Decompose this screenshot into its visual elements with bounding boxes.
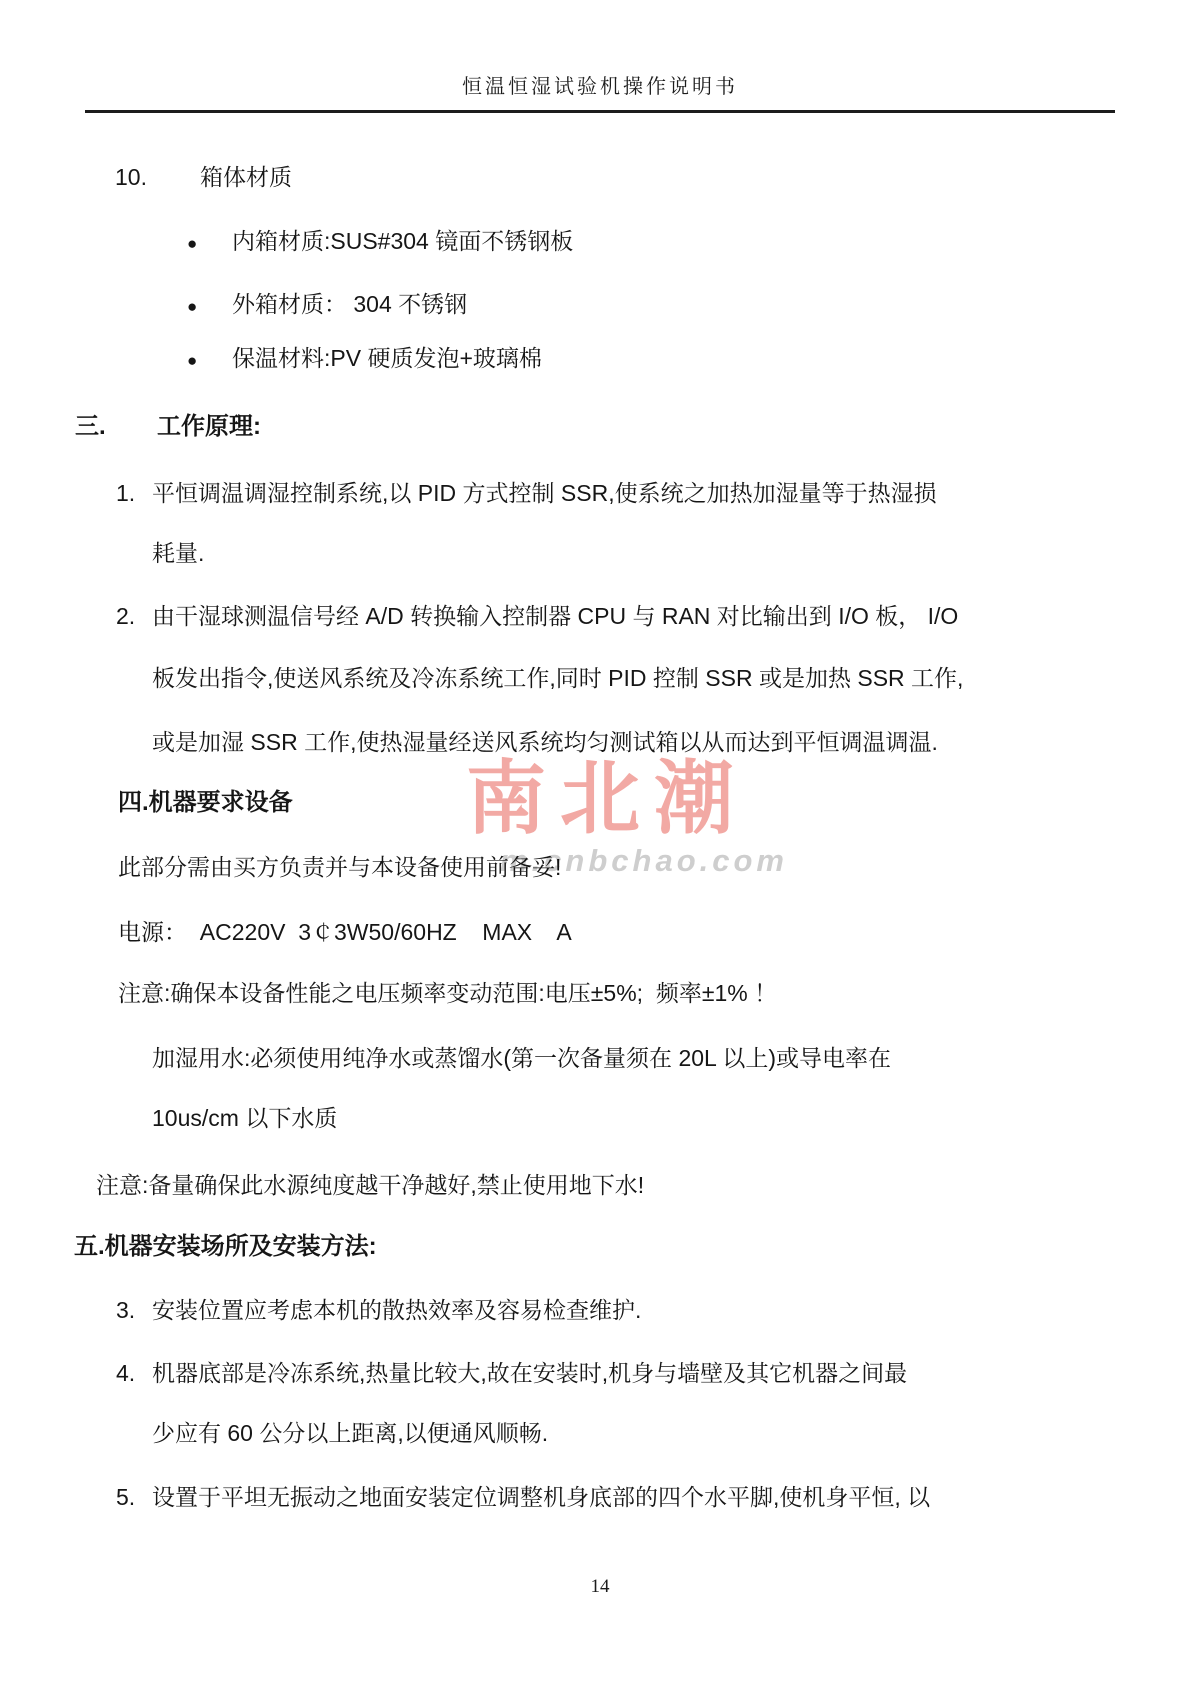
paragraph-5-line-1: 设置于平坦无振动之地面安装定位调整机身底部的四个水平脚,使机身平恒, 以 [152,1482,930,1512]
list-item-number: 1. [116,478,135,508]
list-item-number: 2. [116,601,135,631]
list-item-number: 5. [116,1482,135,1512]
document-page: 南北潮 m.cnbchao.com 恒温恒湿试验机操作说明书 10. 箱体材质 … [0,0,1200,1697]
notice-water-line: 注意:备量确保此水源纯度越干净越好,禁止使用地下水! [96,1170,644,1200]
bullet-outer-material: 外箱材质： 304 不锈钢 [232,289,467,319]
bullet-inner-material: 内箱材质:SUS#304 镜面不锈钢板 [232,226,573,256]
water-spec-line-1: 加湿用水:必须使用纯净水或蒸馏水(第一次备量须在 20L 以上)或导电率在 [152,1043,891,1073]
paragraph-1-line-1: 平恒调温调湿控制系统,以 PID 方式控制 SSR,使系统之加热加湿量等于热湿损 [152,478,937,508]
preparation-line: 此部分需由买方负责并与本设备使用前备妥! [118,852,561,882]
bullet-icon: ● [187,346,197,376]
paragraph-2-line-2: 板发出指令,使送风系统及冷冻系统工作,同时 PID 控制 SSR 或是加热 SS… [152,663,963,693]
paragraph-2-line-3: 或是加湿 SSR 工作,使热湿量经送风系统均匀测试箱以从而达到平恒调温调温. [152,727,938,757]
power-spec-line: 电源： AC220V 3￠3W50/60HZ MAX A [118,917,572,947]
paragraph-3-line-1: 安装位置应考虑本机的散热效率及容易检查维护. [152,1295,641,1325]
bullet-icon: ● [187,229,197,259]
item-10-title: 箱体材质 [200,162,292,192]
paragraph-4-line-2: 少应有 60 公分以上距离,以便通风顺畅. [152,1418,548,1448]
list-item-number: 4. [116,1358,135,1388]
page-title: 恒温恒湿试验机操作说明书 [0,70,1200,99]
section-3-title: 工作原理: [157,412,261,442]
notice-voltage-line: 注意:确保本设备性能之电压频率变动范围:电压±5%; 频率±1% ！ [118,978,777,1008]
section-4-title: 四.机器要求设备 [118,788,293,818]
section-5-title: 五.机器安装场所及安装方法: [74,1232,377,1262]
bullet-insulation-material: 保温材料:PV 硬质发泡+玻璃棉 [232,343,542,373]
list-item-number: 3. [116,1295,135,1325]
item-10-number: 10. [115,162,147,192]
section-3-number: 三. [75,412,106,442]
page-number: 14 [0,1576,1200,1598]
bullet-icon: ● [187,292,197,322]
paragraph-2-line-1: 由干湿球测温信号经 A/D 转换输入控制器 CPU 与 RAN 对比输出到 I/… [152,601,958,631]
header-divider [85,110,1115,113]
water-spec-line-2: 10us/cm 以下水质 [152,1103,337,1133]
paragraph-1-line-2: 耗量. [152,538,204,568]
paragraph-4-line-1: 机器底部是冷冻系统,热量比较大,故在安装时,机身与墙壁及其它机器之间最 [152,1358,907,1388]
